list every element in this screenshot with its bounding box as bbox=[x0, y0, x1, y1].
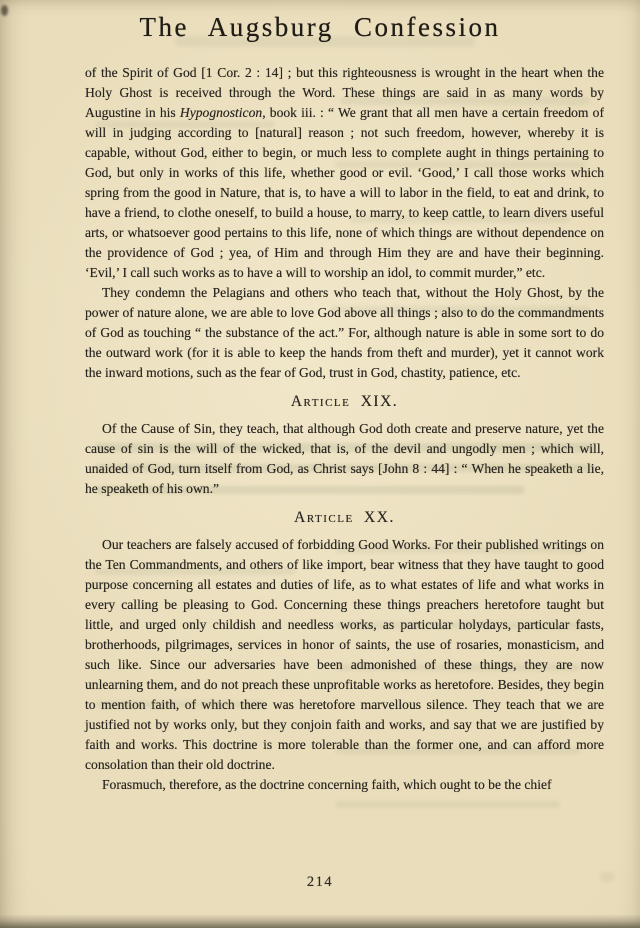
paragraph-text: Forasmuch, therefore, as the doctrine co… bbox=[102, 777, 552, 792]
paragraph: Our teachers are falsely accused of forb… bbox=[85, 535, 604, 775]
paragraph: Forasmuch, therefore, as the doctrine co… bbox=[85, 775, 604, 795]
article-xix-heading: Article XIX. bbox=[85, 393, 604, 411]
body-text: of the Spirit of God [1 Cor. 2 : 14] ; b… bbox=[85, 63, 604, 795]
paragraph-text: , book iii. : “ We grant that all men ha… bbox=[85, 105, 604, 280]
article-xx-heading: Article XX. bbox=[85, 509, 604, 527]
scanned-book-page: The Augsburg Confession of the Spirit of… bbox=[0, 0, 640, 928]
paragraph: They condemn the Pelagians and others wh… bbox=[85, 283, 604, 383]
paragraph: of the Spirit of God [1 Cor. 2 : 14] ; b… bbox=[85, 63, 604, 283]
scan-edge-shadow bbox=[0, 914, 640, 928]
italic-book-title: Hypognosticon bbox=[180, 105, 262, 120]
paragraph-text: They condemn the Pelagians and others wh… bbox=[85, 285, 604, 380]
paragraph-text: Of the Cause of Sin, they teach, that al… bbox=[85, 421, 604, 496]
page-title: The Augsburg Confession bbox=[0, 12, 640, 43]
paragraph-text: Our teachers are falsely accused of forb… bbox=[85, 537, 604, 772]
page-number: 214 bbox=[0, 874, 640, 891]
paragraph: Of the Cause of Sin, they teach, that al… bbox=[85, 419, 604, 499]
bleed-through-artifact bbox=[335, 801, 560, 808]
